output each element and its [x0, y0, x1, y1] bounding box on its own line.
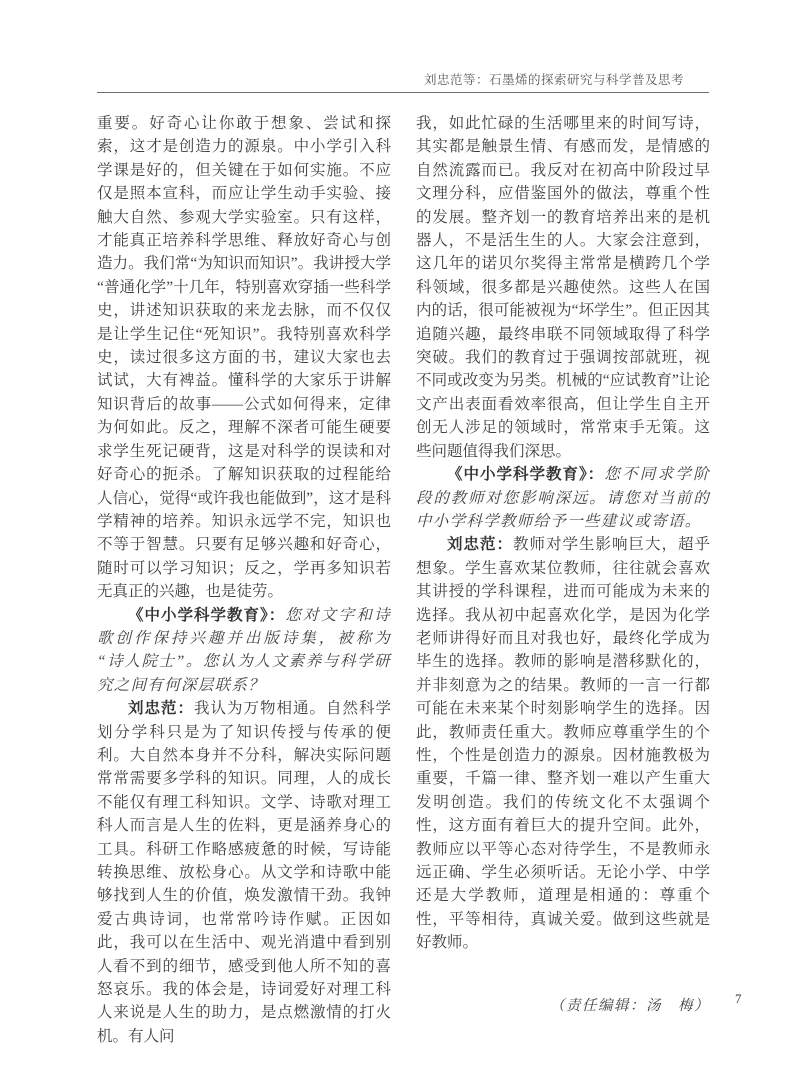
question-source-label: 《中小学科学教育》：	[128, 607, 285, 624]
interview-question: 《中小学科学教育》：您不同求学阶段的教师对您影响深远。请您对当前的中小学科学教师…	[416, 463, 710, 533]
answer-text: 教师对学生影响巨大，超乎想象。学生喜欢某位教师，往往就会喜欢其讲授的学科课程，进…	[416, 536, 710, 951]
header-rule	[97, 92, 709, 93]
journal-page: 刘忠范等：石墨烯的探索研究与科学普及思考 重要。好奇心让你敢于想象、尝试和探索，…	[0, 0, 800, 1077]
answer-text: 我认为万物相通。自然科学划分学科只是为了知识传授与传承的便利。大自然本身并不分科…	[97, 700, 391, 1045]
interview-question: 《中小学科学教育》：您对文字和诗歌创作保持兴趣并出版诗集，被称为“诗人院士”。您…	[97, 604, 391, 698]
running-header: 刘忠范等：石墨烯的探索研究与科学普及思考	[97, 70, 710, 88]
paragraph-body: 重要。好奇心让你敢于想象、尝试和探索，这才是创造力的源泉。中小学引入科学课是好的…	[97, 112, 391, 604]
right-column: 我，如此忙碌的生活哪里来的时间写诗，其实都是触景生情、有感而发，是情感的自然流露…	[416, 112, 710, 1048]
page-number: 7	[735, 991, 742, 1007]
text-columns: 重要。好奇心让你敢于想象、尝试和探索，这才是创造力的源泉。中小学引入科学课是好的…	[97, 112, 710, 1048]
editor-note: （责任编辑：汤 梅）	[416, 995, 710, 1018]
answer-speaker-label: 刘忠范：	[447, 536, 513, 553]
paragraph-body: 我，如此忙碌的生活哪里来的时间写诗，其实都是触景生情、有感而发，是情感的自然流露…	[416, 112, 710, 463]
question-source-label: 《中小学科学教育》：	[447, 466, 604, 483]
interview-answer: 刘忠范：我认为万物相通。自然科学划分学科只是为了知识传授与传承的便利。大自然本身…	[97, 697, 391, 1048]
answer-speaker-label: 刘忠范：	[128, 700, 194, 717]
interview-answer: 刘忠范：教师对学生影响巨大，超乎想象。学生喜欢某位教师，往往就会喜欢其讲授的学科…	[416, 533, 710, 954]
left-column: 重要。好奇心让你敢于想象、尝试和探索，这才是创造力的源泉。中小学引入科学课是好的…	[97, 112, 391, 1048]
